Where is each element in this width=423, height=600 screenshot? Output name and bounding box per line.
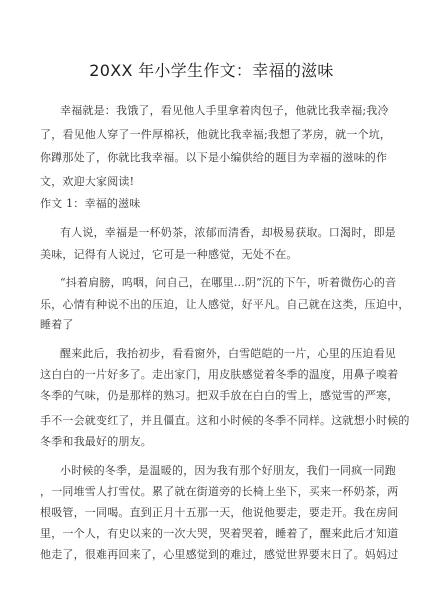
text-line: 美味，记得有人说过，它可是一种感觉，无处不在。	[40, 248, 385, 262]
document-page: 20XX 年小学生作文：幸福的滋味 幸福就是：我饿了，看见他人手里拿着肉包子，他…	[0, 0, 423, 600]
text-line: 他走了，很难再回来了，心里感觉到的难过，感觉世界要末日了。妈妈过	[40, 548, 385, 562]
text-line: 文，欢迎大家阅读!	[40, 175, 385, 189]
text-line: 乐，心情有种说不出的压迫，让人感觉，好平凡。自己就在这类，压迫中，	[40, 298, 385, 312]
text-line: 手不一会就变红了，并且僵直。这和小时候的冬季不同样。这就想小时候的	[40, 414, 385, 428]
text-line: 醒来此后，我抬初步，看看窗外，白雪皑皑的一片，心里的压迫看见	[60, 347, 385, 361]
text-line: 冬季和我最好的朋友。	[40, 435, 385, 449]
text-line: 小时候的冬季，是温暖的，因为我有那个好朋友，我们一同疯一同跑	[60, 464, 385, 478]
text-line: 了，看见他人穿了一件厚棉袄，他就比我幸福;我想了茅房，就一个坑，	[40, 128, 385, 142]
text-line: 这白白的一片好多了。走出家门，用皮肤感觉着冬季的温度，用鼻子嗅着	[40, 368, 385, 382]
text-line: 里，一个人，有史以来的一次大哭，哭着哭着，睡着了，醒来此后才知道	[40, 527, 385, 541]
text-line: 根吸管，一同喝。直到正月十五那一天，他说他要走，要走开。我在房间	[40, 506, 385, 520]
text-line: 冬季的气味，仍是那样的熟习。把双手放在白白的雪上，感觉雪的严寒，	[40, 389, 385, 403]
document-title: 20XX 年小学生作文：幸福的滋味	[0, 58, 423, 81]
text-line: 作文 1：幸福的滋味	[40, 197, 385, 211]
text-line: 你蹲那处了，你就比我幸福。以下是小编供给的题目为幸福的滋味的作	[40, 151, 385, 165]
text-line: 有人说，幸福是一杯奶茶，浓郁而清香，却极易获取。口渴时，即是	[60, 226, 385, 240]
text-line: “抖着肩膀，呜咽，问自己，在哪里...阴”沉的下午，听着微伤心的音	[60, 276, 385, 290]
text-line: 睡着了	[40, 318, 385, 332]
text-line: ，一同堆雪人打雪仗。累了就在街道旁的长椅上坐下，买来一杯奶茶，两	[40, 485, 385, 499]
text-line: 幸福就是：我饿了，看见他人手里拿着肉包子，他就比我幸福;我冷	[60, 104, 385, 118]
